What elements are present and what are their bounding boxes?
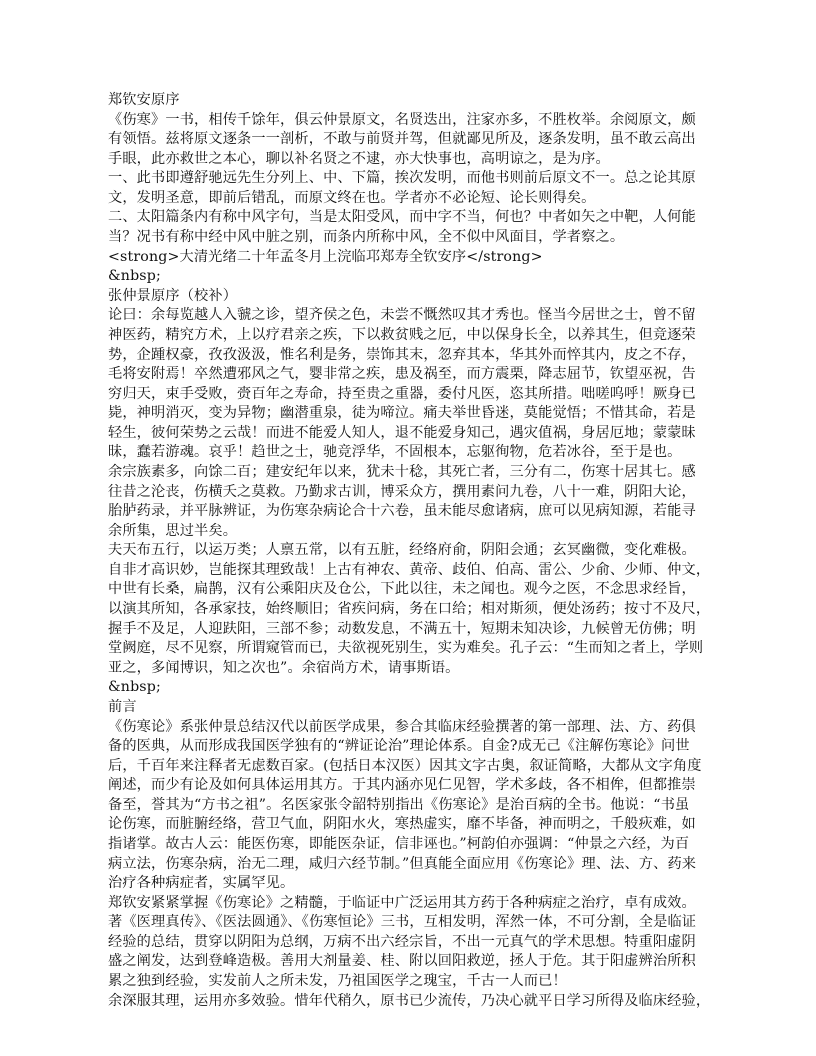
paragraph-line: 毛将安附焉！卒然遭邪风之气，婴非常之疾，患及祸至，而方震栗，降志屈节，钦望巫祝，… [108, 365, 714, 385]
paragraph-line: 堂阙庭，尽不见察，所谓窥管而已，夫欲视死别生，实为难矣。孔子云：“生而知之者上，… [108, 639, 714, 659]
paragraph-line: 有领悟。兹将原文逐条一一剖析，不敢与前贤并驾，但就鄙见所及，逐条发明，虽不敢云高… [108, 130, 714, 150]
paragraph-line: 盛之阐发，达到登峰造极。善用大剂量姜、桂、附以回阳救逆，拯人于危。其于阳虚辨治所… [108, 952, 714, 972]
paragraph-line: 余深服其理，运用亦多效验。惜年代稍久，原书已少流传，乃决心就平日学习所得及临床经… [108, 992, 714, 1012]
paragraph-line: 当？况书有称中经中风中脏之别，而条内所称中风，全不似中风面目，学者察之。 [108, 228, 714, 248]
paragraph-line: 一、此书即遵舒驰远先生分列上、中、下篇，挨次发明，而他书则前后原文不一。总之论其… [108, 169, 714, 189]
paragraph-line: 夫天布五行，以运万类；人禀五常，以有五脏，经络府俞，阴阳会通；玄冥幽微，变化难极… [108, 541, 714, 561]
paragraph-line: 轻生，彼何荣势之云哉！而进不能爱人知人，退不能爱身知己，遇灾值祸，身居厄地；蒙蒙… [108, 424, 714, 444]
section-title-zheng-preface: 郑钦安原序 [108, 91, 714, 111]
nbsp-placeholder: &nbsp; [108, 678, 714, 698]
paragraph-line: 二、太阳篇条内有称中风字句，当是太阳受风，而中字不当，何也？中者如矢之中靶，人何… [108, 208, 714, 228]
paragraph-line: 中世有长桑，扁鹊，汉有公乘阳庆及仓公，下此以往，未之闻也。观今之医，不念思求经旨… [108, 580, 714, 600]
paragraph-line: 指诸掌。故古人云：能医伤寒，即能医杂证，信非诬也。”柯韵伯亦强调：“仲景之六经，… [108, 835, 714, 855]
paragraph-line: 手眼，此亦救世之本心，聊以补名贤之不逮，亦大快事也，高明谅之，是为序。 [108, 150, 714, 170]
paragraph-line: 备至，誉其为“方书之祖”。名医家张令韶特别指出《伤寒论》是治百病的全书。他说：“… [108, 796, 714, 816]
paragraph-line: 势，企踵权豪，孜孜汲汲，惟名利是务，崇饰其末，忽弃其本，华其外而悴其内，皮之不存… [108, 346, 714, 366]
paragraph-line: 论伤寒，而脏腑经络，营卫气血，阴阳水火，寒热虚实，靡不毕备，神而明之，千般疢难，… [108, 815, 714, 835]
paragraph-line: 神医药，精究方术，上以疗君亲之疾，下以救贫贱之厄，中以保身长全，以养其生，但竞逐… [108, 326, 714, 346]
signature-line: <strong>大清光绪二十年孟冬月上浣临邛郑寿全钦安序</strong> [108, 248, 714, 268]
paragraph-line: 握手不及足，人迎趺阳，三部不参；动数发息，不满五十，短期未知决诊，九候曾无仿佛；… [108, 620, 714, 640]
paragraph-line: 累之独到经验，实发前人之所未发，乃祖国医学之瑰宝，千古一人而已！ [108, 972, 714, 992]
paragraph-line: 著《医理真传》、《医法圆通》、《伤寒恒论》三书，互相发明，浑然一体，不可分割，全… [108, 913, 714, 933]
paragraph-line: 文，发明圣意，即前后错乱，而原文终在也。学者亦不必论短、论长则得矣。 [108, 189, 714, 209]
paragraph-line: 《伤寒》一书，相传千馀年，俱云仲景原文，名贤迭出，注家亦多，不胜枚举。余阅原文，… [108, 111, 714, 131]
nbsp-placeholder: &nbsp; [108, 267, 714, 287]
paragraph-line: 余所集，思过半矣。 [108, 522, 714, 542]
paragraph-line: 病立法，伤寒杂病，治无二理，咸归六经节制。”但真能全面应用《伤寒论》理、法、方、… [108, 855, 714, 875]
paragraph-line: 论曰：余每览越人入虢之诊，望齐侯之色，未尝不慨然叹其才秀也。怪当今居世之士，曾不… [108, 306, 714, 326]
paragraph-line: 备的医典，从而形成我国医学独有的“辨证论治”理论体系。自金?成无己《注解伤寒论》… [108, 737, 714, 757]
paragraph-line: 亚之，多闻博识，知之次也”。余宿尚方术，请事斯语。 [108, 659, 714, 679]
paragraph-line: 阐述，而少有论及如何具体运用其方。于其内涵亦见仁见智，学术多歧，各不相侔，但都推… [108, 776, 714, 796]
paragraph-line: 治疗各种病症者，实属罕见。 [108, 874, 714, 894]
paragraph-line: 经验的总结，贯穿以阴阳为总纲，万病不出六经宗旨，不出一元真气的学术思想。特重阳虚… [108, 933, 714, 953]
paragraph-line: 毙，神明消灭，变为异物；幽潜重泉，徒为啼泣。痛夫举世昏迷，莫能觉悟；不惜其命，若… [108, 404, 714, 424]
paragraph-line: 胎胪药录，并平脉辨证，为伤寒杂病论合十六卷，虽未能尽愈诸病，庶可以见病知源，若能… [108, 502, 714, 522]
section-title-foreword: 前言 [108, 698, 714, 718]
paragraph-line: 往昔之沦丧，伤横夭之莫救。乃勤求古训，博采众方，撰用素问九卷，八十一难，阴阳大论… [108, 483, 714, 503]
document-page: 郑钦安原序 《伤寒》一书，相传千馀年，俱云仲景原文，名贤迭出，注家亦多，不胜枚举… [108, 91, 714, 1011]
paragraph-line: 以演其所知，各承家技，始终顺旧；省疾问病，务在口给；相对斯须，便处汤药；按寸不及… [108, 600, 714, 620]
paragraph-line: 昧，蠢若游魂。哀乎！趋世之士，驰竞浮华，不固根本，忘躯徇物，危若冰谷，至于是也。 [108, 443, 714, 463]
paragraph-line: 郑钦安紧紧掌握《伤寒论》之精髓，于临证中广泛运用其方药于各种病症之治疗，卓有成效… [108, 894, 714, 914]
paragraph-line: 自非才高识妙，岂能探其理致哉！上古有神农、黄帝、歧伯、伯高、雷公、少俞、少师、仲… [108, 561, 714, 581]
paragraph-line: 后，千百年来注释者无虑数百家。(包括日本汉医）因其文字古奥，叙证简略，大都从文字… [108, 757, 714, 777]
paragraph-line: 余宗族素多，向馀二百；建安纪年以来，犹未十稔，其死亡者，三分有二，伤寒十居其七。… [108, 463, 714, 483]
section-title-zhang-preface: 张仲景原序（校补） [108, 287, 714, 307]
paragraph-line: 《伤寒论》系张仲景总结汉代以前医学成果，参合其临床经验撰著的第一部理、法、方、药… [108, 718, 714, 738]
paragraph-line: 穷归天，束手受败，赍百年之寿命，持至贵之重器，委付凡医，恣其所措。咄嗟呜呼！厥身… [108, 385, 714, 405]
